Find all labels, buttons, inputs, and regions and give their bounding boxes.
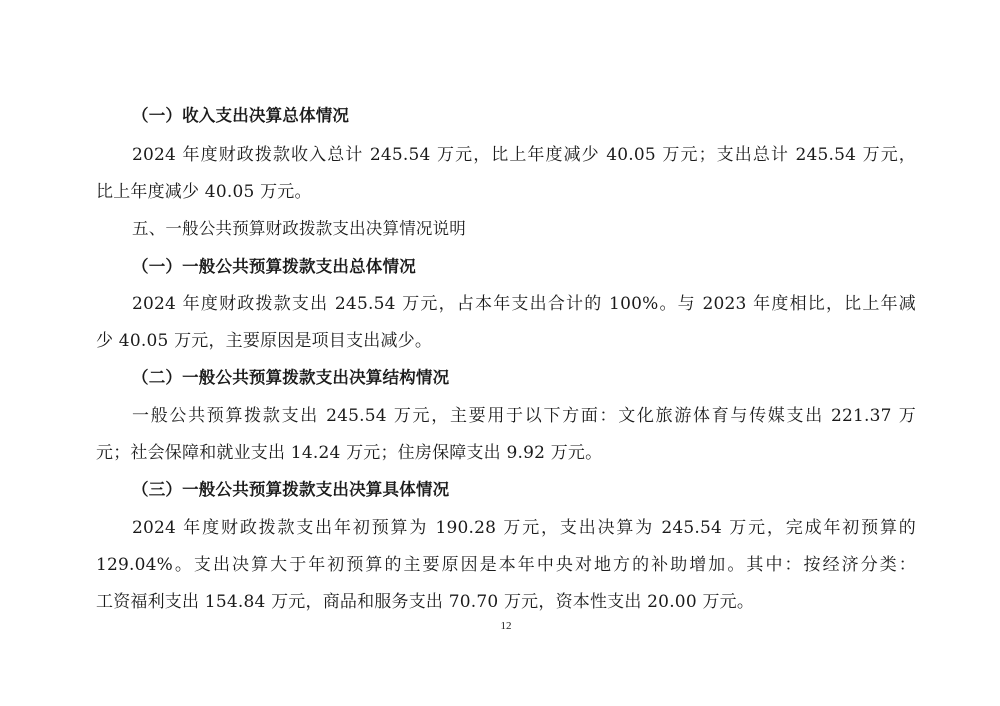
paragraph-line: 一般公共预算拨款支出 245.54 万元，主要用于以下方面：文化旅游体育与传媒支… (132, 404, 916, 428)
subsection-heading-details: （三）一般公共预算拨款支出决算具体情况 (132, 478, 449, 502)
paragraph-line: 比上年度减少 40.05 万元。 (96, 180, 312, 204)
paragraph-line: 2024 年度财政拨款支出 245.54 万元，占本年支出合计的 100%。与 … (132, 292, 916, 316)
section-heading-income-expenditure-overview: （一）收入支出决算总体情况 (132, 104, 349, 128)
subsection-heading-structure: （二）一般公共预算拨款支出决算结构情况 (132, 366, 449, 390)
section-heading-general-budget: 五、一般公共预算财政拨款支出决算情况说明 (132, 217, 466, 241)
paragraph-line: 元；社会保障和就业支出 14.24 万元；住房保障支出 9.92 万元。 (96, 441, 602, 465)
paragraph-line: 2024 年度财政拨款收入总计 245.54 万元，比上年度减少 40.05 万… (132, 143, 916, 167)
paragraph-line: 129.04%。支出决算大于年初预算的主要原因是本年中央对地方的补助增加。其中：… (96, 553, 916, 577)
page-number: 12 (96, 620, 916, 632)
document-page: （一）收入支出决算总体情况 2024 年度财政拨款收入总计 245.54 万元，… (96, 0, 916, 706)
subsection-heading-overall: （一）一般公共预算拨款支出总体情况 (132, 255, 416, 279)
paragraph-line: 2024 年度财政拨款支出年初预算为 190.28 万元，支出决算为 245.5… (132, 516, 916, 540)
paragraph-line: 工资福利支出 154.84 万元，商品和服务支出 70.70 万元，资本性支出 … (96, 590, 754, 614)
paragraph-line: 少 40.05 万元，主要原因是项目支出减少。 (96, 329, 432, 353)
